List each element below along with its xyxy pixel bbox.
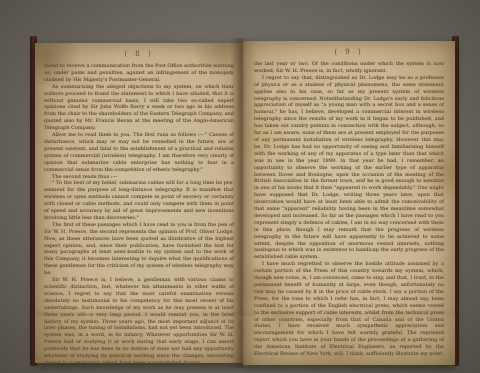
page-left: ( 8 ) failed to receive a communication … (35, 43, 243, 363)
paragraph: I have much regretted to observe the hos… (254, 261, 444, 358)
paragraph: the last year or two. Of the conditions … (254, 61, 444, 75)
page-left-text: failed to receive a communication from t… (44, 63, 234, 367)
paragraph: Allow me to read them to you. The first … (44, 132, 234, 173)
page-right-text: the last year or two. Of the conditions … (254, 61, 444, 358)
paragraph: Sir W. H. Preece is, I believe, a gentle… (44, 277, 234, 367)
paragraph: " To the best of my belief, submarine ca… (44, 180, 234, 221)
paragraph: The first of these passages which I have… (44, 222, 234, 277)
page-number-left: ( 8 ) (35, 50, 243, 59)
scanned-document: ( 8 ) failed to receive a communication … (0, 0, 480, 373)
paragraph: I regret to say that, distinguished as D… (254, 75, 444, 261)
page-number-right: ( 9 ) (243, 48, 455, 57)
paragraph: As summarising the alleged objections to… (44, 84, 234, 132)
paragraph: failed to receive a communication from t… (44, 63, 234, 84)
page-right: ( 9 ) the last year or two. Of the condi… (243, 41, 455, 365)
